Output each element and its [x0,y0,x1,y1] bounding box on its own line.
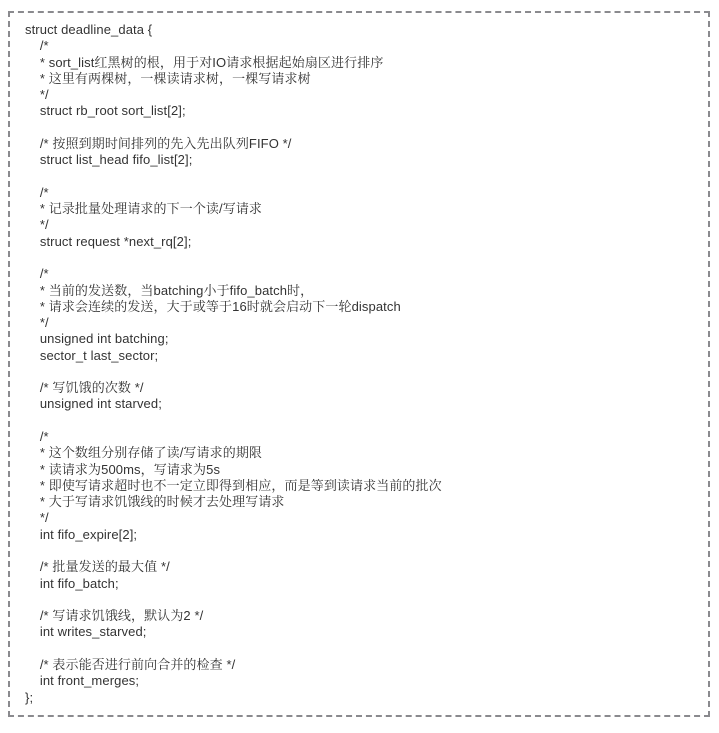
code-line [25,169,702,185]
code-line: /* 表示能否进行前向合并的检查 */ [25,657,702,673]
code-line: /* [25,185,702,201]
code-line [25,364,702,380]
code-line: }; [25,690,702,706]
code-line: * 即使写请求超时也不一定立即得到相应，而是等到读请求当前的批次 [25,478,702,494]
code-line [25,250,702,266]
code-line [25,413,702,429]
code-frame: struct deadline_data { /* * sort_list红黑树… [8,11,710,717]
code-line [25,641,702,657]
code-line: */ [25,315,702,331]
code-line: * 读请求为500ms，写请求为5s [25,462,702,478]
code-line: /* 写饥饿的次数 */ [25,380,702,396]
code-line: /* 批量发送的最大值 */ [25,559,702,575]
code-line [25,120,702,136]
code-line: unsigned int batching; [25,331,702,347]
code-line: int front_merges; [25,673,702,689]
code-line: * 这里有两棵树，一棵读请求树，一棵写请求树 [25,71,702,87]
code-line: struct rb_root sort_list[2]; [25,103,702,119]
code-line: * 当前的发送数，当batching小于fifo_batch时， [25,283,702,299]
code-line: unsigned int starved; [25,396,702,412]
code-line: /* [25,429,702,445]
code-line: * 这个数组分别存储了读/写请求的期限 [25,445,702,461]
code-line: /* 写请求饥饿线，默认为2 */ [25,608,702,624]
code-block: struct deadline_data { /* * sort_list红黑树… [10,13,708,706]
code-line [25,592,702,608]
code-line: struct list_head fifo_list[2]; [25,152,702,168]
code-line: int fifo_batch; [25,576,702,592]
code-line: */ [25,87,702,103]
code-line: sector_t last_sector; [25,348,702,364]
code-line: * sort_list红黑树的根，用于对IO请求根据起始扇区进行排序 [25,55,702,71]
code-line: /* [25,38,702,54]
code-line: * 请求会连续的发送，大于或等于16时就会启动下一轮dispatch [25,299,702,315]
code-line: /* 按照到期时间排列的先入先出队列FIFO */ [25,136,702,152]
code-line: * 记录批量处理请求的下一个读/写请求 [25,201,702,217]
code-line: struct deadline_data { [25,22,702,38]
code-line: * 大于写请求饥饿线的时候才去处理写请求 [25,494,702,510]
code-line: */ [25,217,702,233]
code-line [25,543,702,559]
code-line: int writes_starved; [25,624,702,640]
code-line: /* [25,266,702,282]
code-line: */ [25,510,702,526]
code-line: struct request *next_rq[2]; [25,234,702,250]
code-line: int fifo_expire[2]; [25,527,702,543]
